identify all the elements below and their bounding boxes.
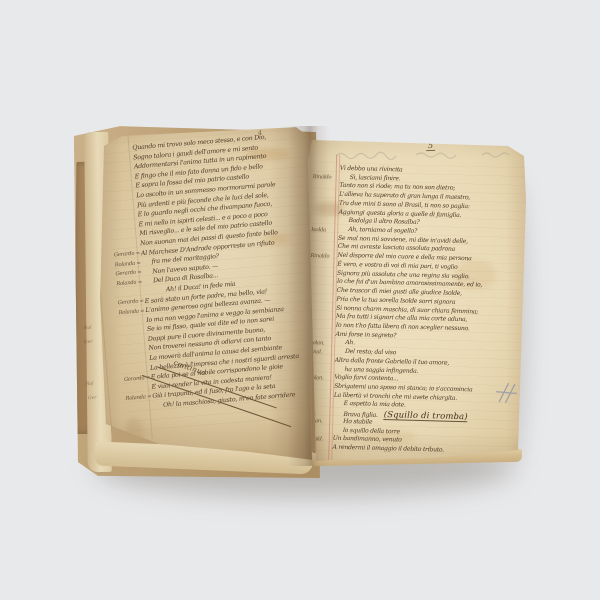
left-page: 4 Quando mi trovo solo meco stesso, e co… [96, 122, 312, 464]
photo-canvas: Rol Ger Rol Ger 4 Quando mi trovo solo m… [0, 0, 600, 600]
faint-margin-mark: Rol [86, 382, 94, 388]
margin-speaker-name: Rolanda = [118, 307, 145, 319]
faint-margin-mark: Ger [88, 396, 97, 402]
gutter-shadow [288, 126, 330, 466]
pencil-hatch-mark [492, 380, 521, 406]
faint-margin-mark: Rol [84, 326, 92, 332]
right-page-text: Vi debbo una rivincita RinaldoSì, lascia… [302, 162, 574, 467]
faint-margin-mark: Ger [84, 340, 93, 346]
margin-speaker-name: Rolanda = [116, 278, 143, 290]
right-page: 5 Vi debbo una rivincita RinaldoSì, lasc… [306, 132, 528, 466]
faded-pencil-inscription [332, 148, 522, 162]
